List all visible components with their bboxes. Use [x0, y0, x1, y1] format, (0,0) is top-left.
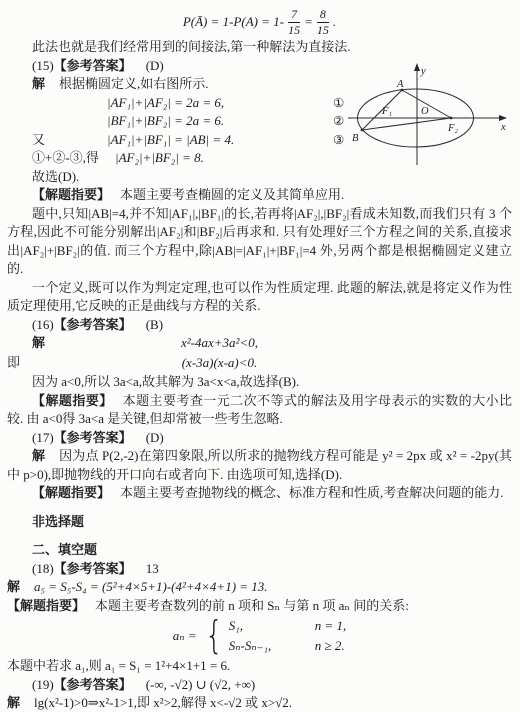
q17-answer-value: (D) [146, 430, 164, 445]
q16-eq2: (x-3a)(x-a)<0. [7, 354, 432, 373]
q15-also-label: 又 [32, 131, 45, 150]
q17-number: (17) [32, 430, 54, 445]
q15-eq2: |BF₁|+|BF₂| = 2a = 6. [107, 112, 224, 131]
q15-eq3: |AF₁|+|BF₁| = |AB| = 4. [107, 131, 234, 150]
q19-solution-text: lg(x²-1)>0⇒x²-1>1,即 x²>2,解得 x<-√2 或 x>√2… [34, 695, 292, 710]
q15-eq3-row: 又 |AF₁|+|BF₁| = |AB| = 4. ③ [7, 131, 512, 150]
case1-condition: n = 1, [315, 617, 347, 636]
piecewise-row-1: S₁, n = 1, [229, 617, 347, 636]
subsection-heading-fill-blank: 二、填空题 [7, 541, 512, 560]
q16-eq2-row: 即 (x-3a)(x-a)<0. [7, 354, 512, 374]
q17-answer-tag: 【参考答案】 [54, 430, 132, 445]
q19-solution-label: 解 [7, 695, 20, 710]
q16-header: (16)【参考答案】(B) [7, 316, 512, 335]
brace-glyph: { [205, 617, 223, 653]
piecewise-rows: S₁, n = 1, Sₙ-Sₙ₋₁, n ≥ 2. [229, 617, 347, 656]
formula-equals: = [304, 13, 313, 32]
q16-eq1-row: 解 x²-4ax+3a²<0, [7, 334, 512, 354]
q15-number: (15) [32, 58, 54, 73]
q18-guide-line: 【解题指要】本题主要考查数列的前 n 项和 Sₙ 与第 n 项 aₙ 间的关系: [7, 597, 512, 616]
q19-header: (19)【参考答案】(-∞, -√2) ∪ (√2, +∞) [7, 676, 512, 695]
q17-solution-label: 解 [32, 448, 45, 463]
q19-section: (19)【参考答案】(-∞, -√2) ∪ (√2, +∞) 解lg(x²-1)… [7, 676, 512, 712]
q17-guide-text: 本题主要考查抛物线的概念、标准方程和性质,考查解决问题的能力. [120, 485, 504, 500]
q19-solution-line: 解lg(x²-1)>0⇒x²-1>1,即 x²>2,解得 x<-√2 或 x>√… [7, 694, 512, 712]
q15-guide-line: 【解题指要】本题主要考查椭圆的定义及其简单应用. [7, 186, 512, 205]
q16-guide-tag: 【解题指要】 [32, 393, 113, 408]
q17-guide-tag: 【解题指要】 [32, 485, 110, 500]
q18-guide-tag: 【解题指要】 [7, 598, 85, 613]
q19-number: (19) [32, 677, 54, 692]
case1-value: S₁, [229, 617, 315, 636]
q18-header: (18)【参考答案】13 [7, 560, 512, 579]
q16-guide-para: 【解题指要】本题主要考查一元二次不等式的解法及用字母表示的实数的大小比较. 由 … [7, 392, 512, 429]
q15-combine-label: ①+②-③,得 [32, 149, 99, 168]
q18-section: (18)【参考答案】13 解a₅ = S₅-S₄ = (5²+4×5+1)-(4… [7, 560, 512, 676]
q15-guide-para2: 一个定义,既可以作为判定定理,也可以作为性质定理. 此题的解法,就是将定义作为性… [7, 279, 512, 316]
formula-prefix: P(Ā) = 1-P(A) = 1- [183, 13, 284, 32]
an-piecewise-formula: aₙ = { S₁, n = 1, Sₙ-Sₙ₋₁, n ≥ 2. [7, 615, 512, 657]
q16-answer-value: (B) [146, 317, 163, 332]
case2-condition: n ≥ 2. [315, 637, 345, 656]
q17-solution-text: 因为点 P(2,-2)在第四象限,所以所求的抛物线方程可能是 y² = 2px … [7, 448, 512, 482]
q15-solution-text: 根据椭圆定义,如右图所示. [59, 76, 209, 91]
q16-section: (16)【参考答案】(B) 解 x²-4ax+3a²<0, 即 (x-3a)(x… [7, 316, 512, 429]
an-lhs: aₙ = [173, 627, 197, 646]
q18-followup-line: 本题中若求 a₁,则 a₁ = S₁ = 1²+4×1+1 = 6. [7, 657, 512, 676]
q18-solution-text: a₅ = S₅-S₄ = (5²+4×5+1)-(4²+4×4+1) = 13. [34, 579, 268, 594]
q15-eq4: |AF₂|+|BF₂| = 8. [115, 149, 204, 168]
q18-guide-text: 本题主要考查数列的前 n 项和 Sₙ 与第 n 项 aₙ 间的关系: [95, 598, 409, 613]
fraction-8-15: 8 15 [317, 8, 329, 37]
fraction-7-15: 7 15 [288, 8, 300, 37]
q15-answer-value: (D) [146, 58, 164, 73]
q18-solution-label: 解 [7, 579, 20, 594]
q19-answer-value: (-∞, -√2) ∪ (√2, +∞) [146, 677, 256, 692]
q15-conclusion: 故选(D). [7, 168, 512, 187]
q18-answer-tag: 【参考答案】 [54, 561, 132, 576]
probability-formula: P(Ā) = 1-P(A) = 1- 7 15 = 8 15 . [7, 6, 512, 38]
q15-guide-text: 本题主要考查椭圆的定义及其简单应用. [120, 187, 344, 202]
q15-eq1-row: |AF₁|+|AF₂| = 2a = 6, ① [7, 94, 512, 113]
q15-section: y x A B F₁ F₂ O (15)【参考答案】(D) 解根据椭圆定义,如右… [7, 57, 512, 316]
indirect-method-note: 此法也就是我们经常用到的间接法,第一种解法为直接法. [7, 38, 512, 57]
q16-number: (16) [32, 317, 54, 332]
q15-answer-tag: 【参考答案】 [54, 58, 132, 73]
piecewise-row-2: Sₙ-Sₙ₋₁, n ≥ 2. [229, 637, 347, 656]
y-axis-arrow [414, 63, 420, 71]
q17-solution-para: 解因为点 P(2,-2)在第四象限,所以所求的抛物线方程可能是 y² = 2px… [7, 447, 512, 484]
q17-section: (17)【参考答案】(D) 解因为点 P(2,-2)在第四象限,所以所求的抛物线… [7, 429, 512, 503]
eq2-circled-number: ② [333, 112, 344, 131]
q15-eq4-row: ①+②-③,得 |AF₂|+|BF₂| = 8. [7, 149, 512, 168]
q15-guide-para1: 题中,只知|AB|=4,并不知|AF₁|,|BF₁|的长,若再将|AF₂|,|B… [7, 205, 512, 279]
q17-header: (17)【参考答案】(D) [7, 429, 512, 448]
q19-answer-tag: 【参考答案】 [54, 677, 132, 692]
q15-guide-tag: 【解题指要】 [32, 187, 110, 202]
axis-label-y: y [420, 66, 426, 77]
q15-solution-label: 解 [32, 76, 45, 91]
q17-guide-line: 【解题指要】本题主要考查抛物线的概念、标准方程和性质,考查解决问题的能力. [7, 484, 512, 503]
q18-number: (18) [32, 561, 54, 576]
formula-period: . [333, 13, 336, 32]
q18-solution-line: 解a₅ = S₅-S₄ = (5²+4×5+1)-(4²+4×4+1) = 13… [7, 578, 512, 597]
q16-conclusion: 因为 a<0,所以 3a<a,故其解为 3a<x<a,故选择(B). [7, 373, 512, 392]
q15-eq1: |AF₁|+|AF₂| = 2a = 6, [107, 94, 224, 113]
q18-answer-value: 13 [146, 561, 159, 576]
q16-eq1: x²-4ax+3a²<0, [7, 334, 432, 353]
case2-value: Sₙ-Sₙ₋₁, [229, 637, 315, 656]
eq3-circled-number: ③ [333, 131, 344, 150]
document-page: P(Ā) = 1-P(A) = 1- 7 15 = 8 15 . 此法也就是我们… [0, 0, 520, 712]
q16-answer-tag: 【参考答案】 [54, 317, 132, 332]
q15-eq2-row: |BF₁|+|BF₂| = 2a = 6. ② [7, 112, 512, 131]
label-A: A [396, 79, 404, 90]
section-heading-non-choice: 非选择题 [7, 513, 512, 532]
eq1-circled-number: ① [333, 94, 344, 113]
